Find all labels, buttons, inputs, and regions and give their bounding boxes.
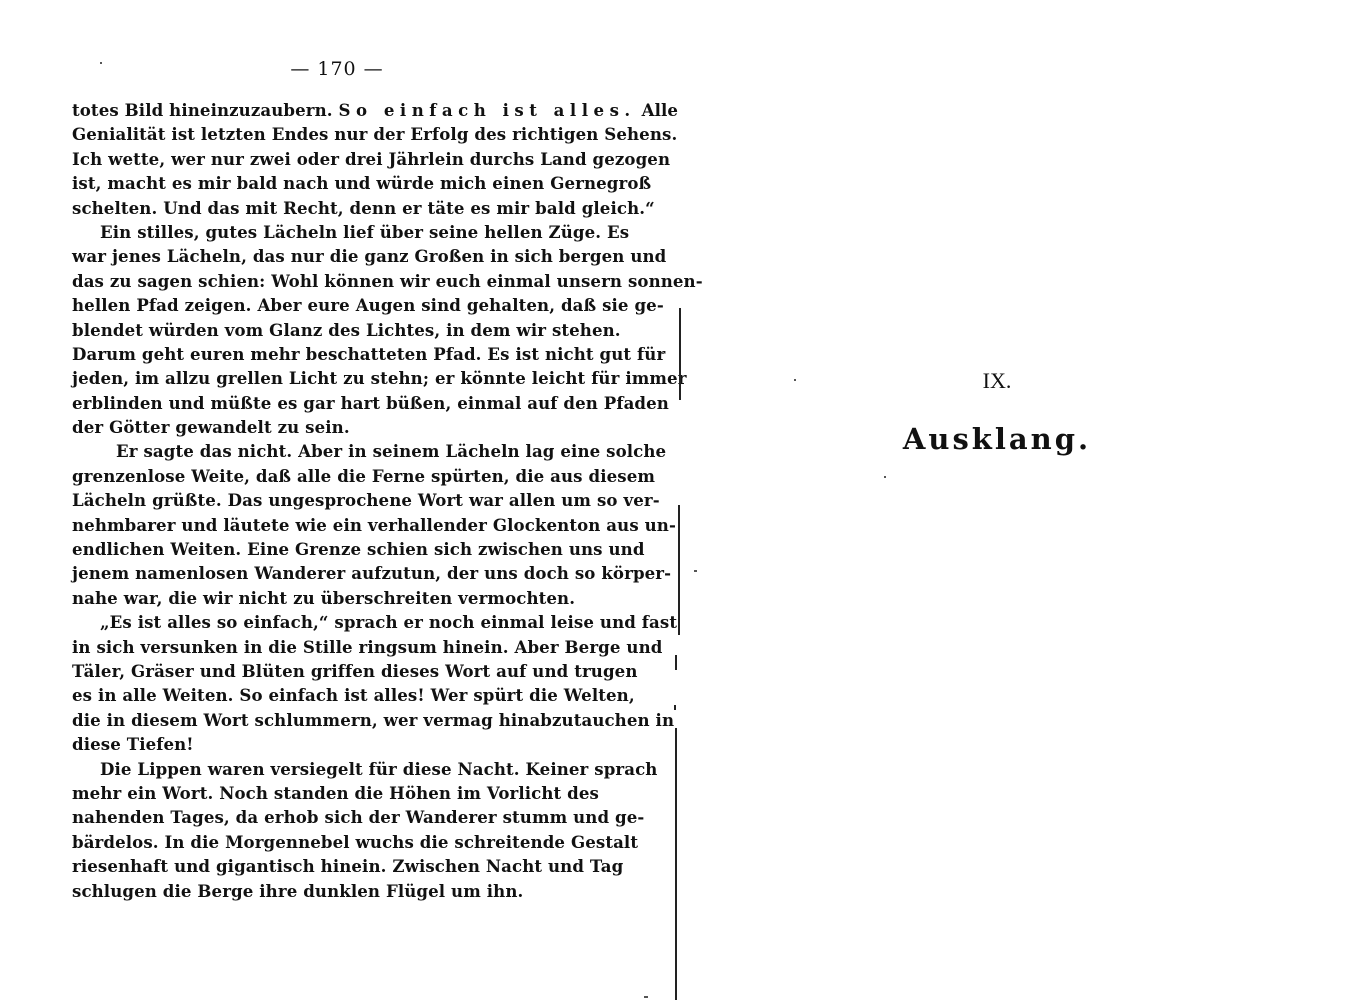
paragraph-start: „Es ist alles so einfach,“ sprach er noc… xyxy=(72,610,598,634)
text-segment: totes Bild hineinzuzaubern. xyxy=(72,100,339,120)
text-line: in sich versunken in die Stille ringsum … xyxy=(72,635,598,659)
emphasized-text: So einfach ist alles. xyxy=(339,100,636,120)
paragraph-start: Die Lippen waren versiegelt für diese Na… xyxy=(72,757,598,781)
chapter-number: IX. xyxy=(947,368,1047,394)
text-line: Ich wette, wer nur zwei oder drei Jährle… xyxy=(72,147,598,171)
scan-speck xyxy=(100,62,102,64)
text-line: nahe war, die wir nicht zu überschreiten… xyxy=(72,586,598,610)
text-line: der Götter gewandelt zu sein. xyxy=(72,415,598,439)
text-line: bärdelos. In die Morgennebel wuchs die s… xyxy=(72,830,598,854)
chapter-title: Ausklang. xyxy=(897,422,1097,456)
scan-speck xyxy=(662,353,664,354)
text-line: blendet würden vom Glanz des Lichtes, in… xyxy=(72,318,598,342)
text-line: diese Tiefen! xyxy=(72,732,598,756)
text-line: das zu sagen schien: Wohl können wir euc… xyxy=(72,269,598,293)
text-line: riesenhaft und gigantisch hinein. Zwisch… xyxy=(72,854,598,878)
text-line: war jenes Lächeln, das nur die ganz Groß… xyxy=(72,244,598,268)
text-line: nehmbarer und läutete wie ein verhallend… xyxy=(72,513,598,537)
text-line: Täler, Gräser und Blüten griffen dieses … xyxy=(72,659,598,683)
text-line: hellen Pfad zeigen. Aber eure Augen sind… xyxy=(72,293,598,317)
body-text: totes Bild hineinzuzaubern. So einfach i… xyxy=(72,98,598,903)
right-page: IX. Ausklang. xyxy=(684,0,1368,1000)
text-line: jenem namenlosen Wanderer aufzutun, der … xyxy=(72,561,598,585)
gutter-line xyxy=(675,655,677,670)
scan-speck xyxy=(884,476,886,478)
text-line: schlugen die Berge ihre dunklen Flügel u… xyxy=(72,879,598,903)
paragraph-start: Ein stilles, gutes Lächeln lief über sei… xyxy=(72,220,598,244)
text-line: nahenden Tages, da erhob sich der Wander… xyxy=(72,805,598,829)
left-page: — 170 — totes Bild hineinzuzaubern. So e… xyxy=(0,0,670,1000)
text-line: erblinden und müßte es gar hart büßen, e… xyxy=(72,391,598,415)
scan-speck xyxy=(794,379,796,381)
paragraph-start: Er sagte das nicht. Aber in seinem Läche… xyxy=(72,439,598,463)
text-line: Genialität ist letzten Endes nur der Erf… xyxy=(72,122,598,146)
text-line: schelten. Und das mit Recht, denn er tät… xyxy=(72,196,598,220)
gutter-line xyxy=(678,505,680,635)
text-line: totes Bild hineinzuzaubern. So einfach i… xyxy=(72,98,598,122)
text-line: Darum geht euren mehr beschatteten Pfad.… xyxy=(72,342,598,366)
text-line: jeden, im allzu grellen Licht zu stehn; … xyxy=(72,366,598,390)
text-line: mehr ein Wort. Noch standen die Höhen im… xyxy=(72,781,598,805)
text-line: grenzenlose Weite, daß alle die Ferne sp… xyxy=(72,464,598,488)
text-line: die in diesem Wort schlummern, wer verma… xyxy=(72,708,598,732)
gutter-line xyxy=(679,308,681,400)
book-spread: — 170 — totes Bild hineinzuzaubern. So e… xyxy=(0,0,1368,1000)
gutter-line xyxy=(674,705,676,710)
text-line: endlichen Weiten. Eine Grenze schien sic… xyxy=(72,537,598,561)
text-line: ist, macht es mir bald nach und würde mi… xyxy=(72,171,598,195)
gutter-line xyxy=(675,728,677,1000)
text-line: es in alle Weiten. So einfach ist alles!… xyxy=(72,683,598,707)
text-line: Lächeln grüßte. Das ungesprochene Wort w… xyxy=(72,488,598,512)
page-number: — 170 — xyxy=(282,58,392,80)
text-segment: Alle xyxy=(636,100,678,120)
scan-speck xyxy=(644,996,648,998)
